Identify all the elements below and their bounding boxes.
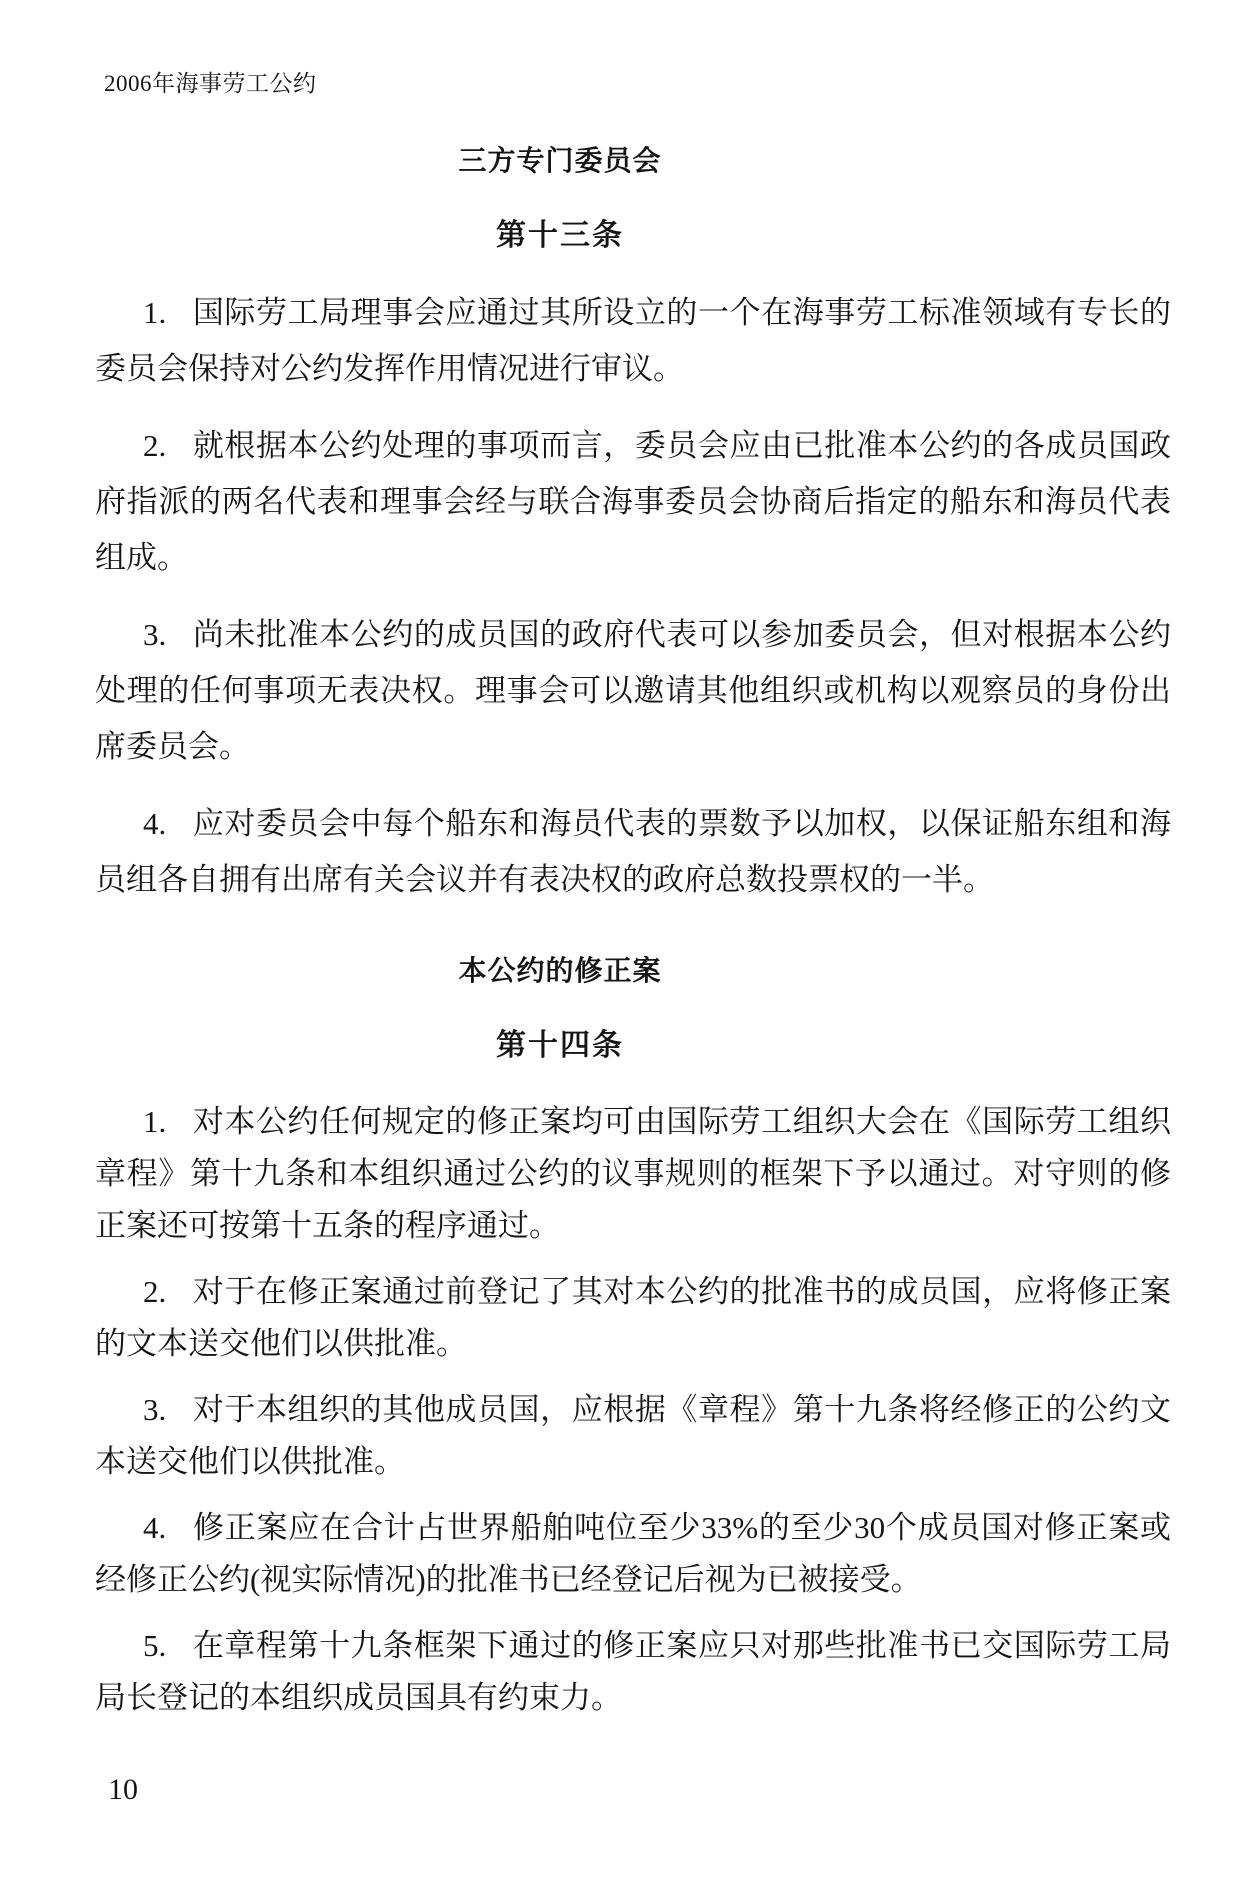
article-14-body: 1.对本公约任何规定的修正案均可由国际劳工组织大会在《国际劳工组织章程》第十九条…	[95, 1096, 1171, 1724]
document-page: 2006年海事劳工公约 三方专门委员会 第十三条 1.国际劳工局理事会应通过其所…	[0, 0, 1260, 1890]
paragraph: 3.对于本组织的其他成员国，应根据《章程》第十九条将经修正的公约文本送交他们以供…	[95, 1384, 1171, 1488]
paragraph: 4.修正案应在合计占世界船舶吨位至少33%的至少30个成员国对修正案或经修正公约…	[95, 1502, 1171, 1606]
paragraph: 3.尚未批准本公约的成员国的政府代表可以参加委员会，但对根据本公约处理的任何事项…	[95, 607, 1171, 775]
paragraph-text: 应对委员会中每个船东和海员代表的票数予以加权，以保证船东组和海员组各自拥有出席有…	[95, 806, 1171, 897]
paragraph: 5.在章程第十九条框架下通过的修正案应只对那些批准书已交国际劳工局局长登记的本组…	[95, 1620, 1171, 1724]
paragraph-text: 国际劳工局理事会应通过其所设立的一个在海事劳工标准领域有专长的委员会保持对公约发…	[95, 295, 1171, 386]
paragraph-number: 1.	[143, 295, 166, 330]
paragraph-number: 2.	[143, 428, 166, 463]
paragraph-number: 5.	[143, 1628, 166, 1663]
paragraph: 2.就根据本公约处理的事项而言，委员会应由已批准本公约的各成员国政府指派的两名代…	[95, 418, 1171, 586]
section-heading-amendments: 本公约的修正案	[95, 953, 1025, 989]
paragraph-number: 4.	[143, 806, 166, 841]
section-heading-tripartite-committee: 三方专门委员会	[95, 143, 1025, 179]
paragraph-number: 1.	[143, 1104, 166, 1139]
paragraph-number: 3.	[143, 617, 166, 652]
article-title-13: 第十三条	[95, 216, 1025, 256]
paragraph-number: 2.	[143, 1274, 166, 1309]
paragraph: 2.对于在修正案通过前登记了其对本公约的批准书的成员国，应将修正案的文本送交他们…	[95, 1266, 1171, 1370]
paragraph-text: 对本公约任何规定的修正案均可由国际劳工组织大会在《国际劳工组织章程》第十九条和本…	[95, 1104, 1171, 1243]
paragraph-text: 对于本组织的其他成员国，应根据《章程》第十九条将经修正的公约文本送交他们以供批准…	[95, 1392, 1171, 1479]
paragraph-text: 修正案应在合计占世界船舶吨位至少33%的至少30个成员国对修正案或经修正公约(视…	[95, 1510, 1171, 1597]
paragraph-text: 对于在修正案通过前登记了其对本公约的批准书的成员国，应将修正案的文本送交他们以供…	[95, 1274, 1171, 1361]
paragraph: 4.应对委员会中每个船东和海员代表的票数予以加权，以保证船东组和海员组各自拥有出…	[95, 796, 1171, 908]
paragraph-text: 在章程第十九条框架下通过的修正案应只对那些批准书已交国际劳工局局长登记的本组织成…	[95, 1628, 1171, 1715]
article-13-body: 1.国际劳工局理事会应通过其所设立的一个在海事劳工标准领域有专长的委员会保持对公…	[95, 285, 1171, 908]
running-header: 2006年海事劳工公约	[104, 70, 317, 98]
paragraph-text: 就根据本公约处理的事项而言，委员会应由已批准本公约的各成员国政府指派的两名代表和…	[95, 428, 1171, 575]
page-number: 10	[108, 1772, 138, 1808]
paragraph-number: 4.	[143, 1510, 166, 1545]
paragraph-number: 3.	[143, 1392, 166, 1427]
paragraph-text: 尚未批准本公约的成员国的政府代表可以参加委员会，但对根据本公约处理的任何事项无表…	[95, 617, 1171, 764]
paragraph: 1.国际劳工局理事会应通过其所设立的一个在海事劳工标准领域有专长的委员会保持对公…	[95, 285, 1171, 397]
article-title-14: 第十四条	[95, 1026, 1025, 1066]
paragraph: 1.对本公约任何规定的修正案均可由国际劳工组织大会在《国际劳工组织章程》第十九条…	[95, 1096, 1171, 1252]
